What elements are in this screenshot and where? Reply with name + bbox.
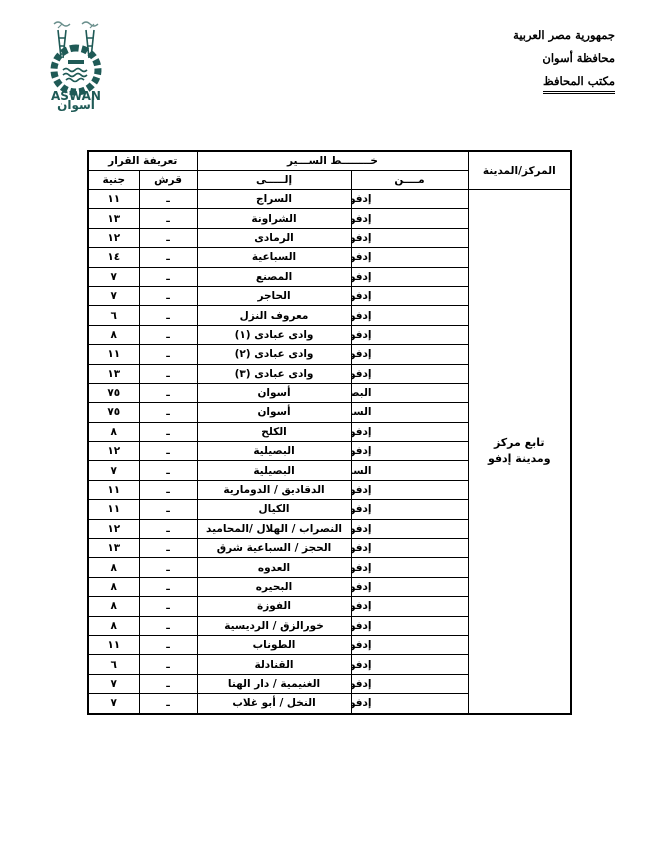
cell-from: إدفو <box>351 248 468 267</box>
cell-from: إدفو <box>351 635 468 654</box>
letterhead: جمهورية مصر العربية محافظة أسوان مكتب ال… <box>505 24 615 94</box>
cell-from: إدفو <box>351 267 468 286</box>
cell-pounds: ٨ <box>88 325 139 344</box>
cell-piasters: ـ <box>139 267 197 286</box>
header-route: خــــــــط الســـير <box>197 151 468 171</box>
cell-piasters: ـ <box>139 597 197 616</box>
cell-from: إدفو <box>351 306 468 325</box>
cell-piasters: ـ <box>139 616 197 635</box>
cell-to: النصراب / الهلال /المحاميد <box>197 519 351 538</box>
cell-from: إدفو <box>351 422 468 441</box>
cell-pounds: ١٢ <box>88 228 139 247</box>
cell-pounds: ١٢ <box>88 519 139 538</box>
cell-to: خورالزق / الرديسية <box>197 616 351 635</box>
cell-pounds: ١١ <box>88 500 139 519</box>
cell-to: السباعية <box>197 248 351 267</box>
cell-from: إدفو <box>351 480 468 499</box>
cell-pounds: ١١ <box>88 635 139 654</box>
cell-pounds: ٨ <box>88 597 139 616</box>
cell-to: الطوناب <box>197 635 351 654</box>
fare-table-body: تابع مركز ومدينة إدفو إدفو السراج ـ ١١ إ… <box>88 190 571 714</box>
fare-table: المركز/المدينة خــــــــط الســـير تعريف… <box>87 150 572 715</box>
cell-pounds: ١٣ <box>88 539 139 558</box>
letterhead-country: جمهورية مصر العربية <box>505 24 615 47</box>
cell-pounds: ٧ <box>88 674 139 693</box>
cell-pounds: ٧٥ <box>88 383 139 402</box>
cell-from: إدفو <box>351 694 468 714</box>
cell-pounds: ٧ <box>88 694 139 714</box>
cell-piasters: ـ <box>139 539 197 558</box>
cell-center-city: تابع مركز ومدينة إدفو <box>468 190 571 714</box>
cell-piasters: ـ <box>139 286 197 305</box>
letterhead-office: مكتب المحافظ <box>543 73 615 94</box>
cell-piasters: ـ <box>139 500 197 519</box>
cell-to: أسوان <box>197 383 351 402</box>
logo-arabic-label: أسوان <box>28 98 124 112</box>
cell-pounds: ١٤ <box>88 248 139 267</box>
cell-to: البصيلية <box>197 461 351 480</box>
cell-piasters: ـ <box>139 577 197 596</box>
cell-to: النخل / أبو غلاب <box>197 694 351 714</box>
cell-to: الدقاديق / الدومارية <box>197 480 351 499</box>
cell-piasters: ـ <box>139 635 197 654</box>
cell-from: السباعية <box>351 461 468 480</box>
cell-piasters: ـ <box>139 558 197 577</box>
table-row: تابع مركز ومدينة إدفو إدفو السراج ـ ١١ <box>88 190 571 209</box>
cell-piasters: ـ <box>139 248 197 267</box>
cell-piasters: ـ <box>139 325 197 344</box>
cell-piasters: ـ <box>139 345 197 364</box>
cell-to: الفوزة <box>197 597 351 616</box>
cell-from: البصيلية <box>351 383 468 402</box>
cell-from: السباعية <box>351 403 468 422</box>
cell-from: إدفو <box>351 364 468 383</box>
cell-pounds: ٧ <box>88 461 139 480</box>
cell-pounds: ٧ <box>88 286 139 305</box>
header-piasters: قرش <box>139 171 197 190</box>
cell-pounds: ٨ <box>88 558 139 577</box>
cell-piasters: ـ <box>139 442 197 461</box>
cell-to: القنادلة <box>197 655 351 674</box>
cell-piasters: ـ <box>139 694 197 714</box>
cell-to: وادى عبادى (٢) <box>197 345 351 364</box>
cell-piasters: ـ <box>139 655 197 674</box>
cell-to: العدوه <box>197 558 351 577</box>
cell-to: البحيره <box>197 577 351 596</box>
aswan-governorate-logo: ASWAN أسوان <box>28 14 124 110</box>
cell-piasters: ـ <box>139 403 197 422</box>
cell-to: الكيال <box>197 500 351 519</box>
cell-from: إدفو <box>351 442 468 461</box>
header-pounds: جنية <box>88 171 139 190</box>
cell-to: الغنيمية / دار الهنا <box>197 674 351 693</box>
cell-pounds: ١٢ <box>88 442 139 461</box>
header-from: مــــن <box>351 171 468 190</box>
cell-from: إدفو <box>351 190 468 209</box>
cell-to: البصيلية <box>197 442 351 461</box>
cell-from: إدفو <box>351 655 468 674</box>
cell-piasters: ـ <box>139 674 197 693</box>
cell-from: إدفو <box>351 500 468 519</box>
cell-pounds: ٦ <box>88 306 139 325</box>
cell-piasters: ـ <box>139 480 197 499</box>
cell-to: المصنع <box>197 267 351 286</box>
cell-from: إدفو <box>351 228 468 247</box>
header-center-city: المركز/المدينة <box>468 151 571 190</box>
cell-pounds: ١١ <box>88 345 139 364</box>
cell-to: وادى عبادى (٣) <box>197 364 351 383</box>
cell-to: الكلح <box>197 422 351 441</box>
cell-from: إدفو <box>351 558 468 577</box>
cell-piasters: ـ <box>139 364 197 383</box>
cell-from: إدفو <box>351 674 468 693</box>
cell-pounds: ٦ <box>88 655 139 674</box>
cell-to: معروف النزل <box>197 306 351 325</box>
cell-to: الحجز / السباعية شرق <box>197 539 351 558</box>
cell-pounds: ١١ <box>88 190 139 209</box>
cell-piasters: ـ <box>139 461 197 480</box>
cell-piasters: ـ <box>139 383 197 402</box>
cell-from: إدفو <box>351 325 468 344</box>
cell-pounds: ١٣ <box>88 364 139 383</box>
aswan-governorate-logo-icon: ASWAN <box>28 14 124 110</box>
cell-pounds: ٧ <box>88 267 139 286</box>
cell-from: إدفو <box>351 597 468 616</box>
cell-piasters: ـ <box>139 228 197 247</box>
cell-from: إدفو <box>351 345 468 364</box>
cell-to: السراج <box>197 190 351 209</box>
cell-to: الحاجر <box>197 286 351 305</box>
cell-pounds: ٧٥ <box>88 403 139 422</box>
cell-to: وادى عبادى (١) <box>197 325 351 344</box>
header-tariff: تعريفة القرار <box>88 151 197 171</box>
cell-piasters: ـ <box>139 306 197 325</box>
cell-from: إدفو <box>351 209 468 228</box>
cell-pounds: ١٣ <box>88 209 139 228</box>
cell-pounds: ٨ <box>88 577 139 596</box>
letterhead-governorate: محافظة أسوان <box>505 47 615 70</box>
cell-from: إدفو <box>351 616 468 635</box>
header-to: إلـــــى <box>197 171 351 190</box>
cell-piasters: ـ <box>139 422 197 441</box>
cell-to: أسوان <box>197 403 351 422</box>
cell-pounds: ١١ <box>88 480 139 499</box>
cell-piasters: ـ <box>139 519 197 538</box>
cell-pounds: ٨ <box>88 422 139 441</box>
cell-pounds: ٨ <box>88 616 139 635</box>
cell-piasters: ـ <box>139 190 197 209</box>
cell-from: إدفو <box>351 539 468 558</box>
cell-to: الرمادى <box>197 228 351 247</box>
cell-from: إدفو <box>351 577 468 596</box>
cell-from: إدفو <box>351 286 468 305</box>
cell-from: إدفو <box>351 519 468 538</box>
cell-piasters: ـ <box>139 209 197 228</box>
cell-to: الشراونة <box>197 209 351 228</box>
